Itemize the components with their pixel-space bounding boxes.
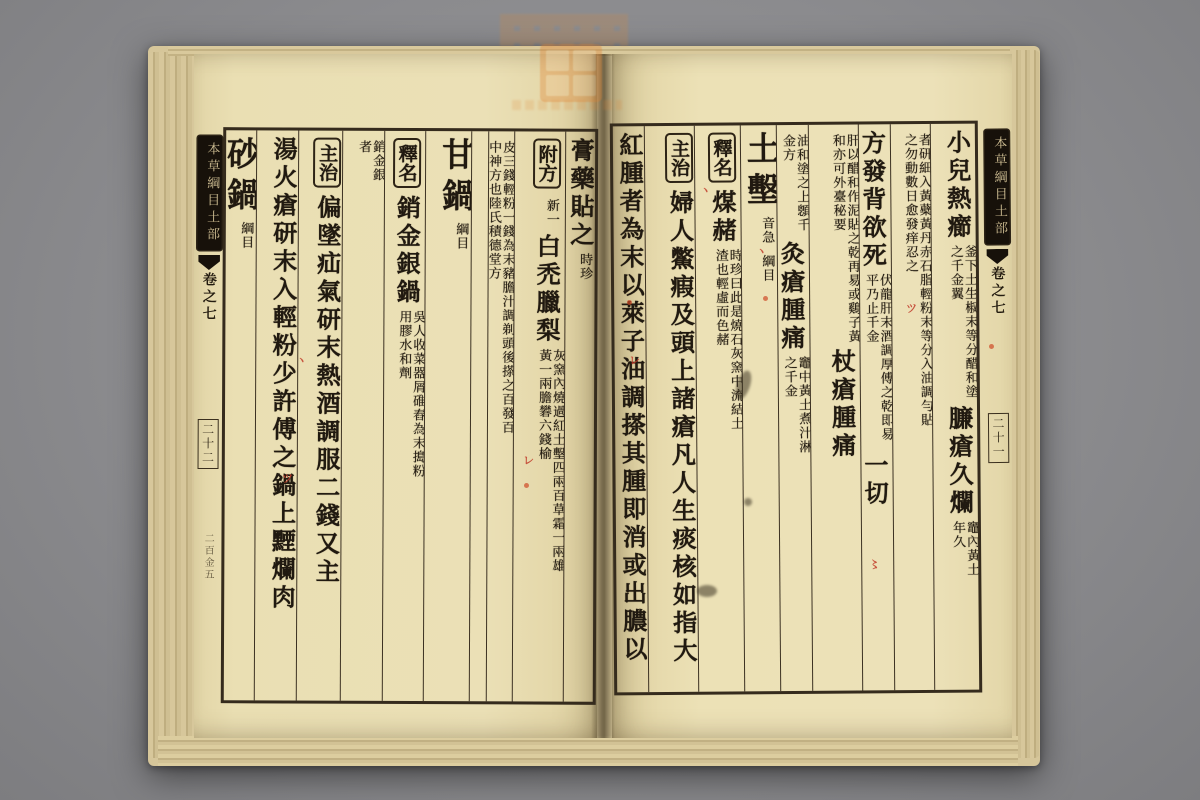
kunten-mark: ツ <box>282 470 293 486</box>
text-segment-small: 銷金銀者 <box>356 140 384 190</box>
page-stack-edge-right <box>1012 50 1040 758</box>
page-number: 二十一 <box>988 413 1009 463</box>
ink-smudge <box>697 585 717 597</box>
text-segment-header: 主治 <box>665 133 693 183</box>
open-book: 小兒熱癤釜下土生椒末等分醋和塗之千金翼臁瘡久爛竈內黃土年久者研細入黃蘗黃丹赤石脂… <box>148 46 1040 766</box>
text-segment-small: 肝以醋和作泥貼之乾再易或鷄子黃和亦可外臺秘要 <box>830 134 860 346</box>
text-segment-large: 一切 <box>860 452 889 508</box>
text-segment-small: 竈中黃土煮汁淋之千金 <box>782 356 811 460</box>
text-column: 皮三錢輕粉一錢為末豬膽汁調剃頭後搽之百發百中神方也陸氏積德堂方 <box>487 131 515 701</box>
text-column: 甘鍋綱目 <box>424 131 472 701</box>
text-segment-small: 皮三錢輕粉一錢為末豬膽汁調剃頭後搽之百發百中神方也陸氏積德堂方 <box>487 140 514 442</box>
text-column: 湯火瘡研末入輕粉少許傅之鍋上黫爛肉 <box>255 130 299 700</box>
text-segment-small: 綱目 <box>238 221 252 253</box>
text-segment-small: 灰窯內燒過紅土墼四兩百草霜一兩雄黃一兩膽礬六錢榆 <box>535 349 564 579</box>
text-segment-large: 膏藥貼之 <box>566 138 595 250</box>
text-segment-small: 新一 <box>544 199 558 231</box>
vermilion-dot <box>627 300 632 305</box>
text-column: 附方新一白禿臘梨灰窯內燒過紅土墼四兩百草霜一兩雄黃一兩膽礬六錢榆 <box>513 131 566 701</box>
text-column: 者研細入黃蘗黃丹赤石脂輕粉末等分入油調勻貼之勿動數日愈發痒忍之 <box>891 124 935 690</box>
kunten-mark: 〻 <box>869 556 880 572</box>
text-segment-small: 釜下土生椒末等分醋和塗之千金翼 <box>948 245 977 403</box>
kunten-mark: ヽ <box>756 243 767 259</box>
text-column: 釋名銷金銀鍋吳人收菜器屑碓舂為末搗粉用膠水和劑 <box>383 131 426 701</box>
text-segment-large: 灸瘡腫痛 <box>777 241 806 353</box>
text-column: 銷金銀者 <box>341 131 385 701</box>
text-segment-large: 方 <box>859 130 887 158</box>
text-segment-large: 臁瘡久爛 <box>944 406 974 518</box>
vermilion-dot <box>989 344 994 349</box>
text-segment-small: 油和塗之上顖千金方 <box>780 134 809 238</box>
right-margin-label: 本草綱目土部 卷之七 二十一 <box>983 130 1013 463</box>
kunten-mark: ヽ <box>700 182 711 198</box>
kunten-mark: レ <box>629 352 640 368</box>
text-segment-large: 婦人鱉瘕及頭上諸瘡凡人生痰核如指大 <box>665 190 698 666</box>
text-column: 小兒熱癤釜下土生椒末等分醋和塗之千金翼臁瘡久爛竈內黃土年久 <box>931 124 979 690</box>
collation-note: 二百金五 <box>200 533 215 581</box>
volume-label: 卷之七 <box>987 266 1007 317</box>
text-segment-small: 時珍 <box>577 253 591 285</box>
text-segment-large: 杖瘡腫痛 <box>827 349 857 461</box>
watermark-text-rows <box>500 14 628 46</box>
text-segment-small: 者研細入黃蘗黃丹赤石脂輕粉末等分入油調勻貼之勿動數日愈發痒忍之 <box>902 133 932 435</box>
text-segment-large: 煤赭 <box>708 189 737 245</box>
text-segment-header: 附方 <box>532 139 560 189</box>
kunten-mark: ツ <box>906 300 917 316</box>
text-column: 油和塗之上顖千金方灸瘡腫痛竈中黃土煮汁淋之千金 <box>777 125 813 691</box>
ink-smudge <box>744 498 752 506</box>
left-margin-label: 本草綱目土部 卷之七 二十二 二百金五 <box>194 136 223 581</box>
kunten-mark: ヽ <box>296 352 307 368</box>
page-stack-edge-left <box>148 52 196 758</box>
text-segment-header: 釋名 <box>707 132 735 182</box>
text-segment-small: 吳人收菜器屑碓舂為末搗粉用膠水和劑 <box>396 310 425 486</box>
series-title-label: 本草綱目土部 <box>197 136 221 250</box>
text-segment-small: 綱目 <box>453 222 467 254</box>
text-segment-title: 土墼 <box>742 131 781 213</box>
text-segment-small: 竈內黃土年久 <box>950 521 979 589</box>
fishtail-mark <box>198 255 220 270</box>
series-title-label: 本草綱目土部 <box>984 130 1009 244</box>
left-text-frame: 膏藥貼之時珍附方新一白禿臘梨灰窯內燒過紅土墼四兩百草霜一兩雄黃一兩膽礬六錢榆皮三… <box>221 127 599 705</box>
text-segment-header: 主治 <box>313 138 341 188</box>
text-segment-title: 甘鍋 <box>437 137 472 219</box>
kunten-mark: レ <box>523 452 534 468</box>
text-segment-large: 偏墜疝氣研末熱酒調服二錢又主 <box>311 195 342 587</box>
text-column: 紅腫者為末以萊子油調搽其腫即消或出膿以 <box>613 126 649 692</box>
text-segment-large: 小兒熱癤 <box>942 130 972 242</box>
text-segment-large: 白禿臘梨 <box>532 234 561 346</box>
text-segment-header: 釋名 <box>392 138 420 188</box>
fishtail-mark <box>986 249 1008 264</box>
watermark-seal-icon <box>540 44 602 102</box>
text-column: 土墼音急綱目 <box>741 125 781 691</box>
text-segment-large: 湯火瘡研末入輕粉少許傅之鍋上黫爛肉 <box>267 136 298 612</box>
text-segment-large: 發背欲死 <box>859 158 888 270</box>
volume-label: 卷之七 <box>199 272 219 323</box>
page-stack-edge-bottom <box>158 736 1018 766</box>
text-segment-small: 伏龍肝末酒調厚傅之乾即易平乃止千金 <box>863 273 892 449</box>
vermilion-dot <box>763 296 768 301</box>
vermilion-dot <box>524 483 529 488</box>
text-column: 砂鍋綱目 <box>224 130 257 700</box>
text-segment-title: 砂鍋 <box>224 136 257 218</box>
page-number: 二十二 <box>198 419 219 469</box>
right-text-frame: 小兒熱癤釜下土生椒末等分醋和塗之千金翼臁瘡久爛竈內黃土年久者研細入黃蘗黃丹赤石脂… <box>610 121 982 696</box>
text-column: 膏藥貼之時珍 <box>564 132 595 702</box>
text-column: 肝以醋和作泥貼之乾再易或鷄子黃和亦可外臺秘要杖瘡腫痛 <box>809 124 863 690</box>
text-column: 釋名煤赭時珍曰此是燒石灰窯中流結土渣也輕虛而色赭 <box>695 125 745 691</box>
text-column: 主治婦人鱉瘕及頭上諸瘡凡人生痰核如指大 <box>645 126 699 692</box>
text-column: 主治偏墜疝氣研末熱酒調服二錢又主 <box>297 131 343 701</box>
text-segment-large: 銷金銀鍋 <box>392 195 421 307</box>
watermark-caption <box>512 100 622 110</box>
text-segment-small: 時珍曰此是燒石灰窯中流結土渣也輕虛而色赭 <box>713 248 743 442</box>
text-segment-large: 紅腫者為末以萊子油調搽其腫即消或出膿以 <box>615 132 648 664</box>
text-column: 方發背欲死伏龍肝末酒調厚傅之乾即易平乃止千金一切 <box>859 124 895 690</box>
